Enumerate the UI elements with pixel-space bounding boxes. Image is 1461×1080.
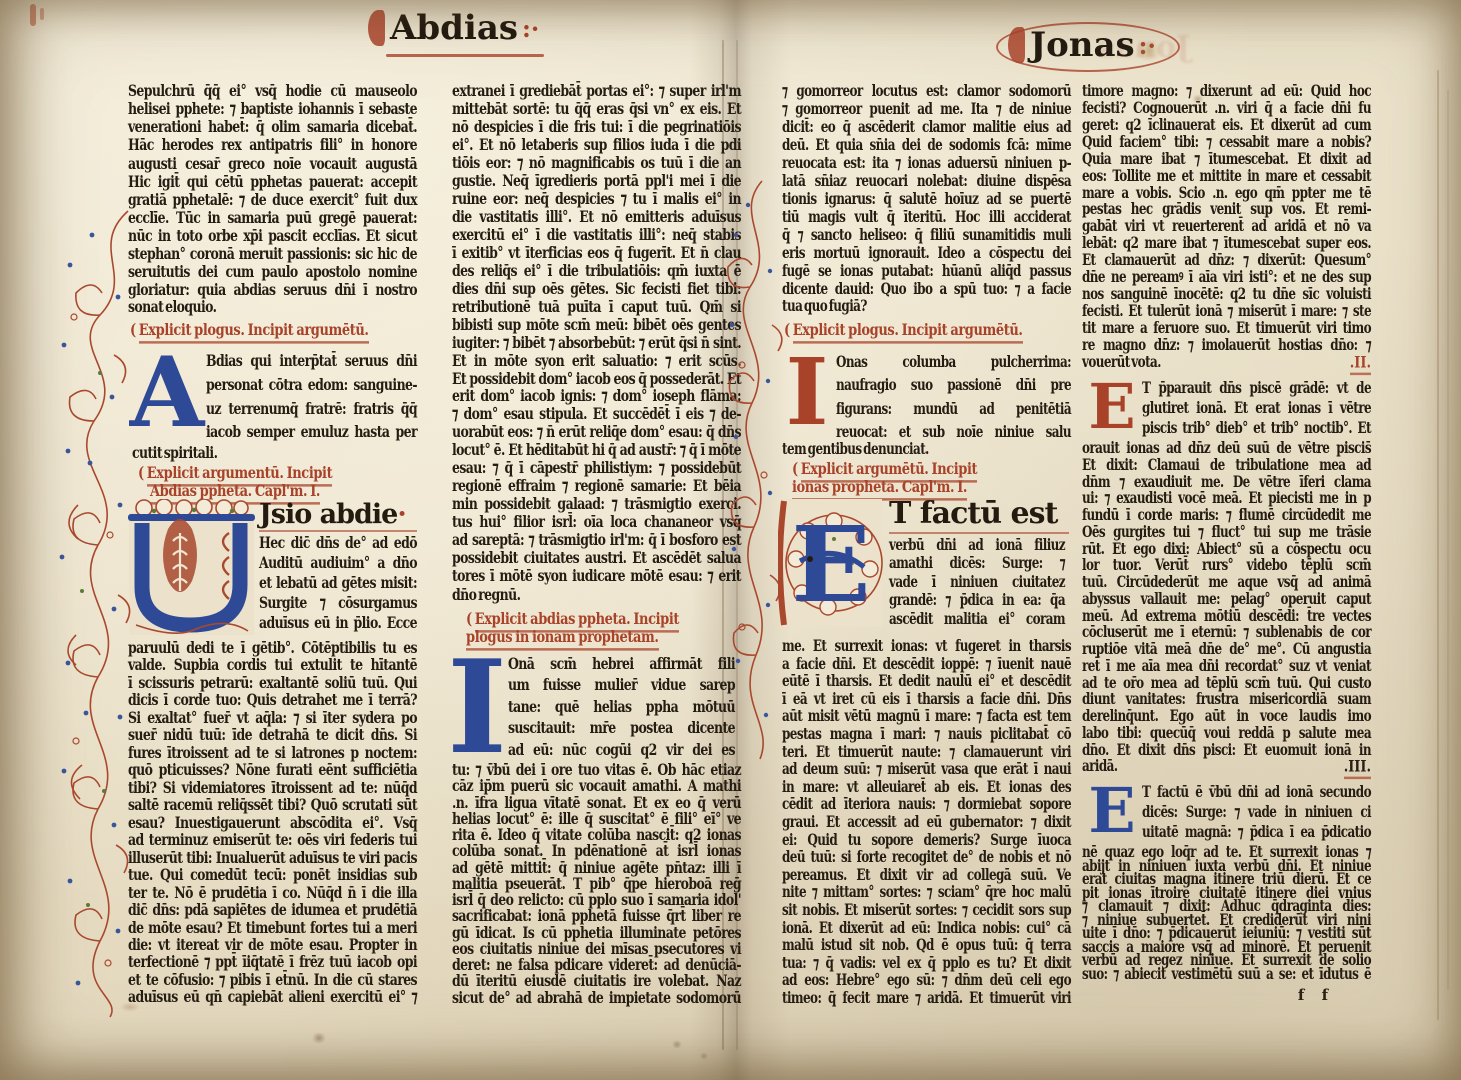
text-line: tiōis eor: ⁊ nō magnificabis os tuū ī di… [452, 155, 741, 171]
text-line: um fuisse mulier̄ vidue sarep [508, 678, 735, 694]
text-line: lor tuor. Verūt̄ rurs° videbo tēplū scm̄ [1082, 558, 1371, 574]
text-line: cēdit ad īteriora nauis: ⁊ dormiebat sop… [782, 797, 1071, 813]
text-line: timeo: q̄ fecit mare ⁊ aridā. Et timuerū… [782, 990, 1071, 1006]
illuminated-initial-E: E [1082, 380, 1142, 438]
text-line: Onā scm̄ hebrei affirmāt fili [508, 656, 735, 672]
col3-chapter-opening: E T factū est verbū dn̄i ad ionā filiuza… [778, 497, 1071, 629]
text-line: Et possidebit dom° iacob eos q̄ posseder… [452, 371, 741, 387]
text-line: des reliq̄s ei° ī die tribulatiōis: qm̄ … [452, 263, 741, 279]
col4-chapter2-body: orauit ionas ad dn̄z deū suū de vētre pi… [1082, 442, 1371, 756]
text-line: saltē racemū reliq̄ssēt tibi? Quō scruta… [128, 797, 417, 813]
text-line: reuocat: et sub noīe niniue salu [836, 424, 1071, 440]
col1-argument-last-line: cutit spiritali. [132, 445, 421, 461]
text-line: gabāt viri vt reuerterent̄ ad aridā et n… [1082, 219, 1371, 235]
text-line: helisei pphete: ⁊ baptiste iohannis ī se… [128, 101, 417, 117]
text-line: dies dn̄i sup oēs gētes. Sic fecisti fie… [452, 281, 741, 297]
text-line: nite ⁊ mittam° sortes: ⁊ sciam° q̄re hoc… [782, 885, 1071, 901]
col3-prologue: ⁊ gomorreor locutus est: clamor sodomorū… [782, 85, 1071, 295]
text-line: mittebāt sortē: tu q̄q̄ eras q̄si vn° ex… [452, 101, 741, 117]
illuminated-initial-E: E [1082, 784, 1142, 842]
col3-rubric-incipit-ionas: (Explicit argumētū. Incipit [792, 460, 977, 479]
text-line: et lebatū ad gētes misit: [259, 575, 417, 591]
running-head-title: Jonas [1030, 28, 1135, 62]
text-line: Et dixit: Clamaui de tribulatione mea ad [1082, 457, 1371, 473]
page-edge [1447, 90, 1449, 990]
text-line: extranei ī grediebāt̄ portas ei°: ⁊ supe… [452, 83, 741, 99]
col4-chapter3-body: nē quaz ego loq̄r ad te. Et surrexit ion… [1082, 846, 1371, 980]
red-oval-frame: Jonas :· [996, 22, 1180, 72]
text-line: ter te. Nō ē prudētia ī co. Nūq̄d n̄ ī d… [128, 885, 417, 901]
col1-chapter-right: Jsio abdie· Hec dic̄ dn̄s de° ad edōAudi… [259, 499, 417, 629]
text-line: graui. Et accessit ad eū gubernator: ⁊ d… [782, 814, 1071, 830]
text-line: die vastitatis illi°. Et nō emitteris ad… [452, 209, 741, 225]
text-line: eos: Tollite me et mittite in mare et ce… [1082, 168, 1371, 184]
text-line: ⁊ gomorreor puenit ad me. Ita ⁊ de niniu… [782, 101, 1071, 117]
text-line: eūtē ī tharsis. Et dedit naulū ei° et de… [782, 673, 1071, 689]
text-line: Hic igit̄ qui cētū pphetas pauerat: acce… [128, 174, 417, 190]
red-dot: · [397, 499, 405, 530]
running-head-title: Abdias [390, 11, 518, 45]
text-line: tus hui° filior isrl̄: oīa loca chananeo… [452, 514, 741, 530]
text-line: regionē effraim ⁊ regionē samarie: Et bē… [452, 478, 741, 494]
text-line: tiū magis vult q̄ īteritū. Hoc illi acci… [782, 209, 1071, 225]
text-line: naufragio suo passionē dn̄i pre [836, 378, 1071, 394]
text-line: locut° ē. Et hēditabūt hi q̄ ad austr̄: … [452, 443, 741, 459]
text-line: ret̄ ī me aīa mea dn̄i recordat° suz vt … [1082, 658, 1371, 674]
text-line: dicēs: Surge: ⁊ vade in niniuen ci [1142, 804, 1371, 820]
margin-flourish-left [48, 205, 140, 1020]
text-line: piscis trib° dieb° et trib° noctib°. Et [1142, 420, 1371, 436]
text-line: uitatē magnā: ⁊ p̄dica ī ea p̄dicatio [1142, 824, 1371, 840]
stain [312, 1032, 326, 1044]
text-line: latā sn̄iaz reuocari nolebat: diuine dis… [782, 173, 1071, 189]
text-line: Hāc herodes rex antipatris fili° in hono… [128, 138, 417, 154]
text-line: fundū ī corde maris: ⁊ flumē circūdedit … [1082, 507, 1371, 523]
text-line: ad te or̄o mea ad tēplū scm̄ tuū. Qui cu… [1082, 675, 1371, 691]
text-line: retributionē tuā puīta ī caput tuū. Qm̄ … [452, 299, 741, 315]
text-line: nūc in toto orbe xp̄i pascit ecclīas. Et… [128, 228, 417, 244]
text-line: ei: Quid tu sopore demeris? Surge īuoca [782, 832, 1071, 848]
text-line: lebāt: q2 mare ibat ⁊ ītumescebat super … [1082, 235, 1371, 251]
text-line: gratiā pphetalē: ⁊ de duce exercit° fuit… [128, 192, 417, 208]
text-line: pereamus. Et dixit vir ad collegā suū. V… [782, 867, 1071, 883]
text-line: dn̄e ne pereamꝰ ī aīa viri isti°: et ne … [1082, 269, 1371, 285]
col2-body: extranei ī grediebāt̄ portas ei°: ⁊ supe… [452, 85, 741, 583]
text-line: mare a vobis. Scio .n. ego qm̄ ppter me … [1082, 185, 1371, 201]
text-line: ui: ⁊ exaudisti vocē meā. Et piecisti me… [1082, 490, 1371, 506]
chapter-heading: T factū est [889, 497, 1069, 534]
text-line: q̄ ⁊ sancto heliseo: q̄ filiū sunamitidi… [782, 227, 1071, 243]
text-line: stephan° coronā meruit passionis: sic hi… [128, 246, 417, 262]
text-line: figurans: mundū ad penitētiā [836, 401, 1071, 417]
text-line: ī eā vt iret cū eis ī tharsis a facie dn… [782, 691, 1071, 707]
text-line: rūt. Et ego dixi: Abiect° sū a cōspectu … [1082, 541, 1371, 557]
text-line: labo tibi: quecūq̄ voui reddā p salute m… [1082, 725, 1371, 741]
col3-argument-last-line: tem gentibus denunciat. [782, 441, 1071, 457]
text-line: uorabūt eos: ⁊ n̄ erūt reliq̄e dom° esau… [452, 425, 741, 441]
text-line: ruine eor: neq̄ despicies ⁊ tu ī malis e… [452, 191, 741, 207]
running-head-mark: :· [522, 14, 539, 43]
red-underline [386, 54, 544, 57]
text-line: fecisti. Et tulerūt ionā ⁊ miserūt ī mar… [1082, 303, 1371, 319]
text-line: Quid faciem° tibi: ⁊ cessabit mare a nob… [1082, 134, 1371, 150]
text-line: Hec dic̄ dn̄s de° ad edō [259, 535, 417, 551]
text-line: eris mortuū ignorauit. Ideo a cōspectu d… [782, 245, 1071, 261]
text-line: pestas hec grādis venit sup vos. Et remi… [1082, 202, 1371, 218]
text-line: tua: ⁊ q̄ vadis: vel ex q̄ pplo es tu? E… [782, 955, 1071, 971]
text-line: ei°. Et nō letaberis sup filios iuda ī d… [452, 137, 741, 153]
text-line: iugiter: ⁊ bibēt ⁊ absorbebūt: ⁊ erūt q̄… [452, 335, 741, 351]
text-line: dicis ī corde tuo: Quis detrahet me ī te… [128, 693, 417, 709]
text-line: derelinq̄unt. Ego aūt in voce laudis imo [1082, 708, 1371, 724]
col3-body: me. Et surrexit ionas: vt fugeret in tha… [782, 640, 1071, 1004]
stain [672, 1040, 682, 1049]
col1-rubric-incipit-abdias: (Explicit argumentū. Incipit [138, 464, 332, 483]
chapter-number-II: .II. [1350, 354, 1371, 375]
text-line: min possidebit galaad: ⁊ trāsmigtio exer… [452, 496, 741, 512]
text-line: tit mare a feruore suo. Et timuerūt viri… [1082, 320, 1371, 336]
text-line: verbū dn̄i ad ionā filiuz [889, 537, 1065, 553]
text-line: ecclīe. Tūc in samaria puū gregē pauerat… [128, 210, 417, 226]
col1-prologue-last-line: sonat eloquio. [128, 299, 417, 315]
text-line: ad eū: nūc cogūi q2 vir dei es [508, 742, 735, 758]
text-line: tuū. Circūdederūt me aque vsq̄ ad animā [1082, 574, 1371, 590]
margin-red-mark [30, 4, 36, 26]
rubricator-mark-icon [368, 10, 385, 46]
text-line: ascēdit malitia ei° coram [889, 611, 1065, 627]
text-line: orauit ionas ad dn̄z deū suū de vētre pi… [1082, 440, 1371, 456]
col3-chapter-right: T factū est verbū dn̄i ad ionā filiuzama… [889, 497, 1069, 625]
col4-chapter2-last-line: aridā. [1082, 758, 1117, 774]
text-line: Onas columba pulcherrima: [836, 354, 1071, 370]
col1-prologue: Sepulchrū q̄q̄ ei° vsq̄ hodie cū mauseol… [128, 85, 417, 297]
running-head-right: Jonas :· [996, 22, 1180, 72]
col2-prologue-body: tu: ⁊ v̄bū dei ī ore tuo vitas ē. Ob hāc… [452, 764, 741, 1004]
text-line: a facie dn̄i. Et descēdit ioppē: ⁊ īueni… [782, 656, 1071, 672]
text-line: glutiret ionā. Et erat ionas ī vētre [1142, 400, 1371, 416]
text-line: venerationi habet̄: q̄ olim samaria dice… [128, 119, 417, 135]
col1-chapter-lines: Hec dic̄ dn̄s de° ad edōAuditū audiuim° … [259, 537, 417, 629]
col2-prologue-lines: Onā scm̄ hebrei affirmāt filium fuisse m… [508, 658, 735, 756]
text-line: ⁊ dom° esau stipula. Et succēdēt̄ ī eis … [452, 407, 741, 423]
col1-body: paruulū dedi te ī gētib°. Cōtēptibilis t… [128, 642, 417, 1004]
text-line: dn̄m ⁊ exaudiuit me. De vētre īferi clam… [1082, 474, 1371, 490]
text-line: re magno dn̄z: ⁊ imolauerūt hostias dn̄o… [1082, 337, 1371, 353]
text-line: deū tuū: si forte recogitet de° de nobis… [782, 849, 1071, 865]
col4-chapter3-lines: T factū ē v̄bū dn̄i ad ionā secundodicēs… [1142, 786, 1371, 838]
text-line: ad terminuz emiserūt te: oēs viri federi… [128, 832, 417, 848]
text-line: tue. Qui comedūt tecū: ponēt insidias su… [128, 867, 417, 883]
text-line: deū. Et quia sn̄ia dei de sodomis fcā: m… [782, 137, 1071, 153]
page-edge [1437, 70, 1439, 1020]
text-line: ionā. Et dixerūt ad eū: Indica nobis: cu… [782, 920, 1071, 936]
text-line: bibisti sup mōte scm̄ meū: bibēt oēs gen… [452, 317, 741, 333]
text-line: gustie. Neq̄ īgredieris portā ppl'i mei … [452, 173, 741, 189]
text-line: aduīsus eū in p̄lio. Ecce [259, 615, 417, 631]
text-line: me. Et surrexit ionas: vt fugeret in tha… [782, 638, 1071, 654]
text-line: Et in mōte syon erit saluatio: ⁊ erit sc… [452, 353, 741, 369]
text-line: meū. Ad extrema mōtiū descēdi: t̄re vect… [1082, 608, 1371, 624]
text-line: pestas magna ī mari: ⁊ nauis piclitabat̄… [782, 726, 1071, 742]
book-spread: Abdias :· Jonas Jonas :· Sepulchrū q̄q̄ … [0, 0, 1461, 1080]
text-line: ruptiōe vitā meā dn̄e de° me°. Cū angust… [1082, 641, 1371, 657]
col2-rubric-explicit-abdias: (Explicit abdias ppheta. Incipit [466, 610, 679, 629]
text-line: cōcluserūt me ī eternū: ⁊ sublenabis de … [1082, 625, 1371, 641]
text-line: seruitutis dei cum paulo apostolo nomine [128, 264, 417, 280]
col3-chapter-lines: verbū dn̄i ad ionā filiuzamathi dicēs: S… [889, 539, 1065, 625]
quire-signature: f f [1256, 986, 1376, 1004]
text-line: ⁊ gomorreor locutus est: clamor sodomorū [782, 83, 1071, 99]
text-line: aūt misit vētū magnū ī mare: ⁊ facta est… [782, 709, 1071, 725]
rubricator-mark-icon [1008, 27, 1025, 63]
text-line: in mare: vt alleuiaret̄ ab eis. Et ionas… [782, 779, 1071, 795]
text-line: reuocata est: ita ⁊ ionas aduersū niniue… [782, 155, 1071, 171]
text-line: personat cōtra edom: sanguine- [206, 377, 417, 393]
text-line: Quia mare ibat ⁊ ītumescebat. Et dixit a… [1082, 151, 1371, 167]
text-line: dn̄o. Et dixit dn̄s pisci: Et euomuit io… [1082, 742, 1371, 758]
text-line: ad eos: Hebre° ego sū: ⁊ dn̄m deū celi e… [782, 972, 1071, 988]
text-line: Bdias qui interp̄tat̄ seruus dn̄i [206, 353, 417, 369]
margin-flourish-gutter [712, 175, 800, 765]
text-line: Oēs gurgites tui ⁊ fluct° tui sup me trā… [1082, 524, 1371, 540]
col3-rubric-incipit-ionas-2: ionas propheta. Capl'm. I. [792, 478, 967, 497]
running-head-left: Abdias :· [368, 10, 539, 46]
text-line: nos sanguinē īnocētē: q2 tu dn̄e sīc vol… [1082, 286, 1371, 302]
text-line: erit dom° iacob ignis: ⁊ dom° ioseph flā… [452, 389, 741, 405]
text-line: diunt vanitates: frustra misericordiā su… [1082, 692, 1371, 708]
text-line: amathi dicēs: Surge: ⁊ [889, 555, 1065, 571]
text-line: ī exitib° vt īterficias eos q̄ fugerīt. … [452, 245, 741, 261]
text-line: dicente dauid: Quo ibo a spū tuo: ⁊ a fa… [782, 281, 1071, 297]
text-line: exercitū ei° ī die vastitatis illi°: neq… [452, 227, 741, 243]
text-line: teri. Et timuerūt naute: ⁊ clamauerunt v… [782, 744, 1071, 760]
text-line: sicut de° ad abrahā de impietate sodomor… [452, 990, 741, 1006]
pilcrow-icon: ( [466, 610, 472, 629]
text-line: Sepulchrū q̄q̄ ei° vsq̄ hodie cū mauseol… [128, 83, 417, 99]
margin-red-mark [40, 8, 44, 20]
text-line: T p̄parauit dn̄s piscē grādē: vt de [1142, 380, 1371, 396]
text-line: abyssus vallauit me: pelag° operuit capu… [1082, 591, 1371, 607]
running-head-mark: :· [1139, 31, 1156, 60]
text-line: sit nobis. Et miserūt sortes: ⁊ cecidit … [782, 902, 1071, 918]
text-line: valde. Supbia cordis tui extulit te hīta… [128, 658, 417, 674]
col4-part1-last-line: vouerūt vota. [1082, 354, 1161, 370]
text-line: fecisti? Cognouerūt .n. viri q̄ a facie … [1082, 100, 1371, 116]
text-line: ad deum suū: ⁊ miserūt vasa que erāt ī n… [782, 761, 1071, 777]
text-line: tores ī mōtē syon iudicare mōtē esau: ⁊ … [452, 568, 741, 584]
text-line: fugē se ionas putabat: hūanū aliq̄d pass… [782, 263, 1071, 279]
text-line: Et clamauerūt ad dn̄z: ⁊ dixerūt: Quesum… [1082, 252, 1371, 268]
text-line: Auditū audiuim° a dn̄o [259, 555, 417, 571]
col4-chapter2-lines: T p̄parauit dn̄s piscē grādē: vt degluti… [1142, 382, 1371, 434]
chapter-heading: Jsio abdie· [259, 499, 417, 532]
text-line: suo: ⁊ abiecit vestimētū suū a se: et īd… [1082, 966, 1371, 982]
text-line: malū istud sit nob. Qd ē opus tuū: q̄ te… [782, 937, 1071, 953]
col3-argument-lines: Onas columba pulcherrima:naufragio suo p… [836, 356, 1071, 438]
text-line: dicit̄: eo q̄ ascēderit clamor malitie e… [782, 119, 1071, 135]
col4-part1: timore magno: ⁊ dixerunt ad eū: Quid hoc… [1082, 85, 1371, 351]
text-line: quō pticuisses? Nōne furati eēnt suffici… [128, 762, 417, 778]
text-line: vade ī niniuen ciuitatez [889, 574, 1065, 590]
text-line: nō despicies ī die fris tui: ī die pegri… [452, 119, 741, 135]
text-line: esau: ⁊ q̄ ī cāpestr̄ philistiym: ⁊ poss… [452, 460, 741, 476]
chapter-number-III: .III. [1344, 758, 1371, 779]
text-line: grandē: ⁊ p̄dica in ea: q̄a [889, 592, 1065, 608]
col1-chapter-opening: U Jsio abdie· Hec dic̄ dn̄s de° ad edōAu… [128, 499, 417, 637]
col4-chapter2-opening: E T p̄parauit dn̄s piscē grādē: vt deglu… [1082, 380, 1371, 438]
text-line: suscitauit: mr̄e postea dicente [508, 720, 735, 736]
text-line: aduīsus eū qn̄ capiebāt alieni exercitū … [128, 990, 417, 1006]
text-line: tane: quē helias ppha mōtuū [508, 699, 735, 715]
col2-body-last-line: dn̄o regnū. [452, 587, 741, 603]
text-line: augusti cesar̄ greco noīe vocauit august… [128, 156, 417, 172]
text-line: timore magno: ⁊ dixerunt ad eū: Quid hoc [1082, 83, 1371, 99]
col1-argument-lines: Bdias qui interp̄tat̄ seruus dn̄ipersona… [206, 355, 417, 439]
text-line: ad sareptā: ⁊ trāsmigtio irl'm: q̄ ī bos… [452, 532, 741, 548]
text-line: possidebit ciuitates austri. Et ascēdēt … [452, 550, 741, 566]
text-line: T factū ē v̄bū dn̄i ad ionā secundo [1142, 784, 1371, 800]
text-line: geret: q2 īclinauerat eis. Et dixerūt ad… [1082, 117, 1371, 133]
text-line: terfectionē ⁊ ppt̄ īiq̄tatē ī frēz tuū i… [128, 955, 417, 971]
text-line: iacob semper emuluz hasta per [206, 425, 417, 441]
col1-argument: A Bdias qui interp̄tat̄ seruus dn̄iperso… [128, 351, 417, 443]
text-line: de mōte esau? Et timebunt fortes tui a m… [128, 920, 417, 936]
text-line: Surgite ⁊ cōsurgamus [259, 595, 417, 611]
col3-prologue-last-line: tua quo fugiā? [782, 298, 1071, 314]
illuminated-initial-U: U [128, 499, 255, 637]
text-line: dic̄ dn̄s: pdā sapiētes de idumea et pru… [128, 902, 417, 918]
text-line: tionis ignarus: q̄ salutē hoīuz ad se pu… [782, 191, 1071, 207]
text-line: suer̄ nidū tuū: īde detrahā te dicit dn̄… [128, 727, 417, 743]
col4-chapter3-opening: E T factū ē v̄bū dn̄i ad ionā secundodic… [1082, 784, 1371, 842]
col3-argument: I Onas columba pulcherrima:naufragio suo… [778, 352, 1071, 442]
text-line: uz terrenumq̄ fratrē: fratris q̄q̄ [206, 401, 417, 417]
